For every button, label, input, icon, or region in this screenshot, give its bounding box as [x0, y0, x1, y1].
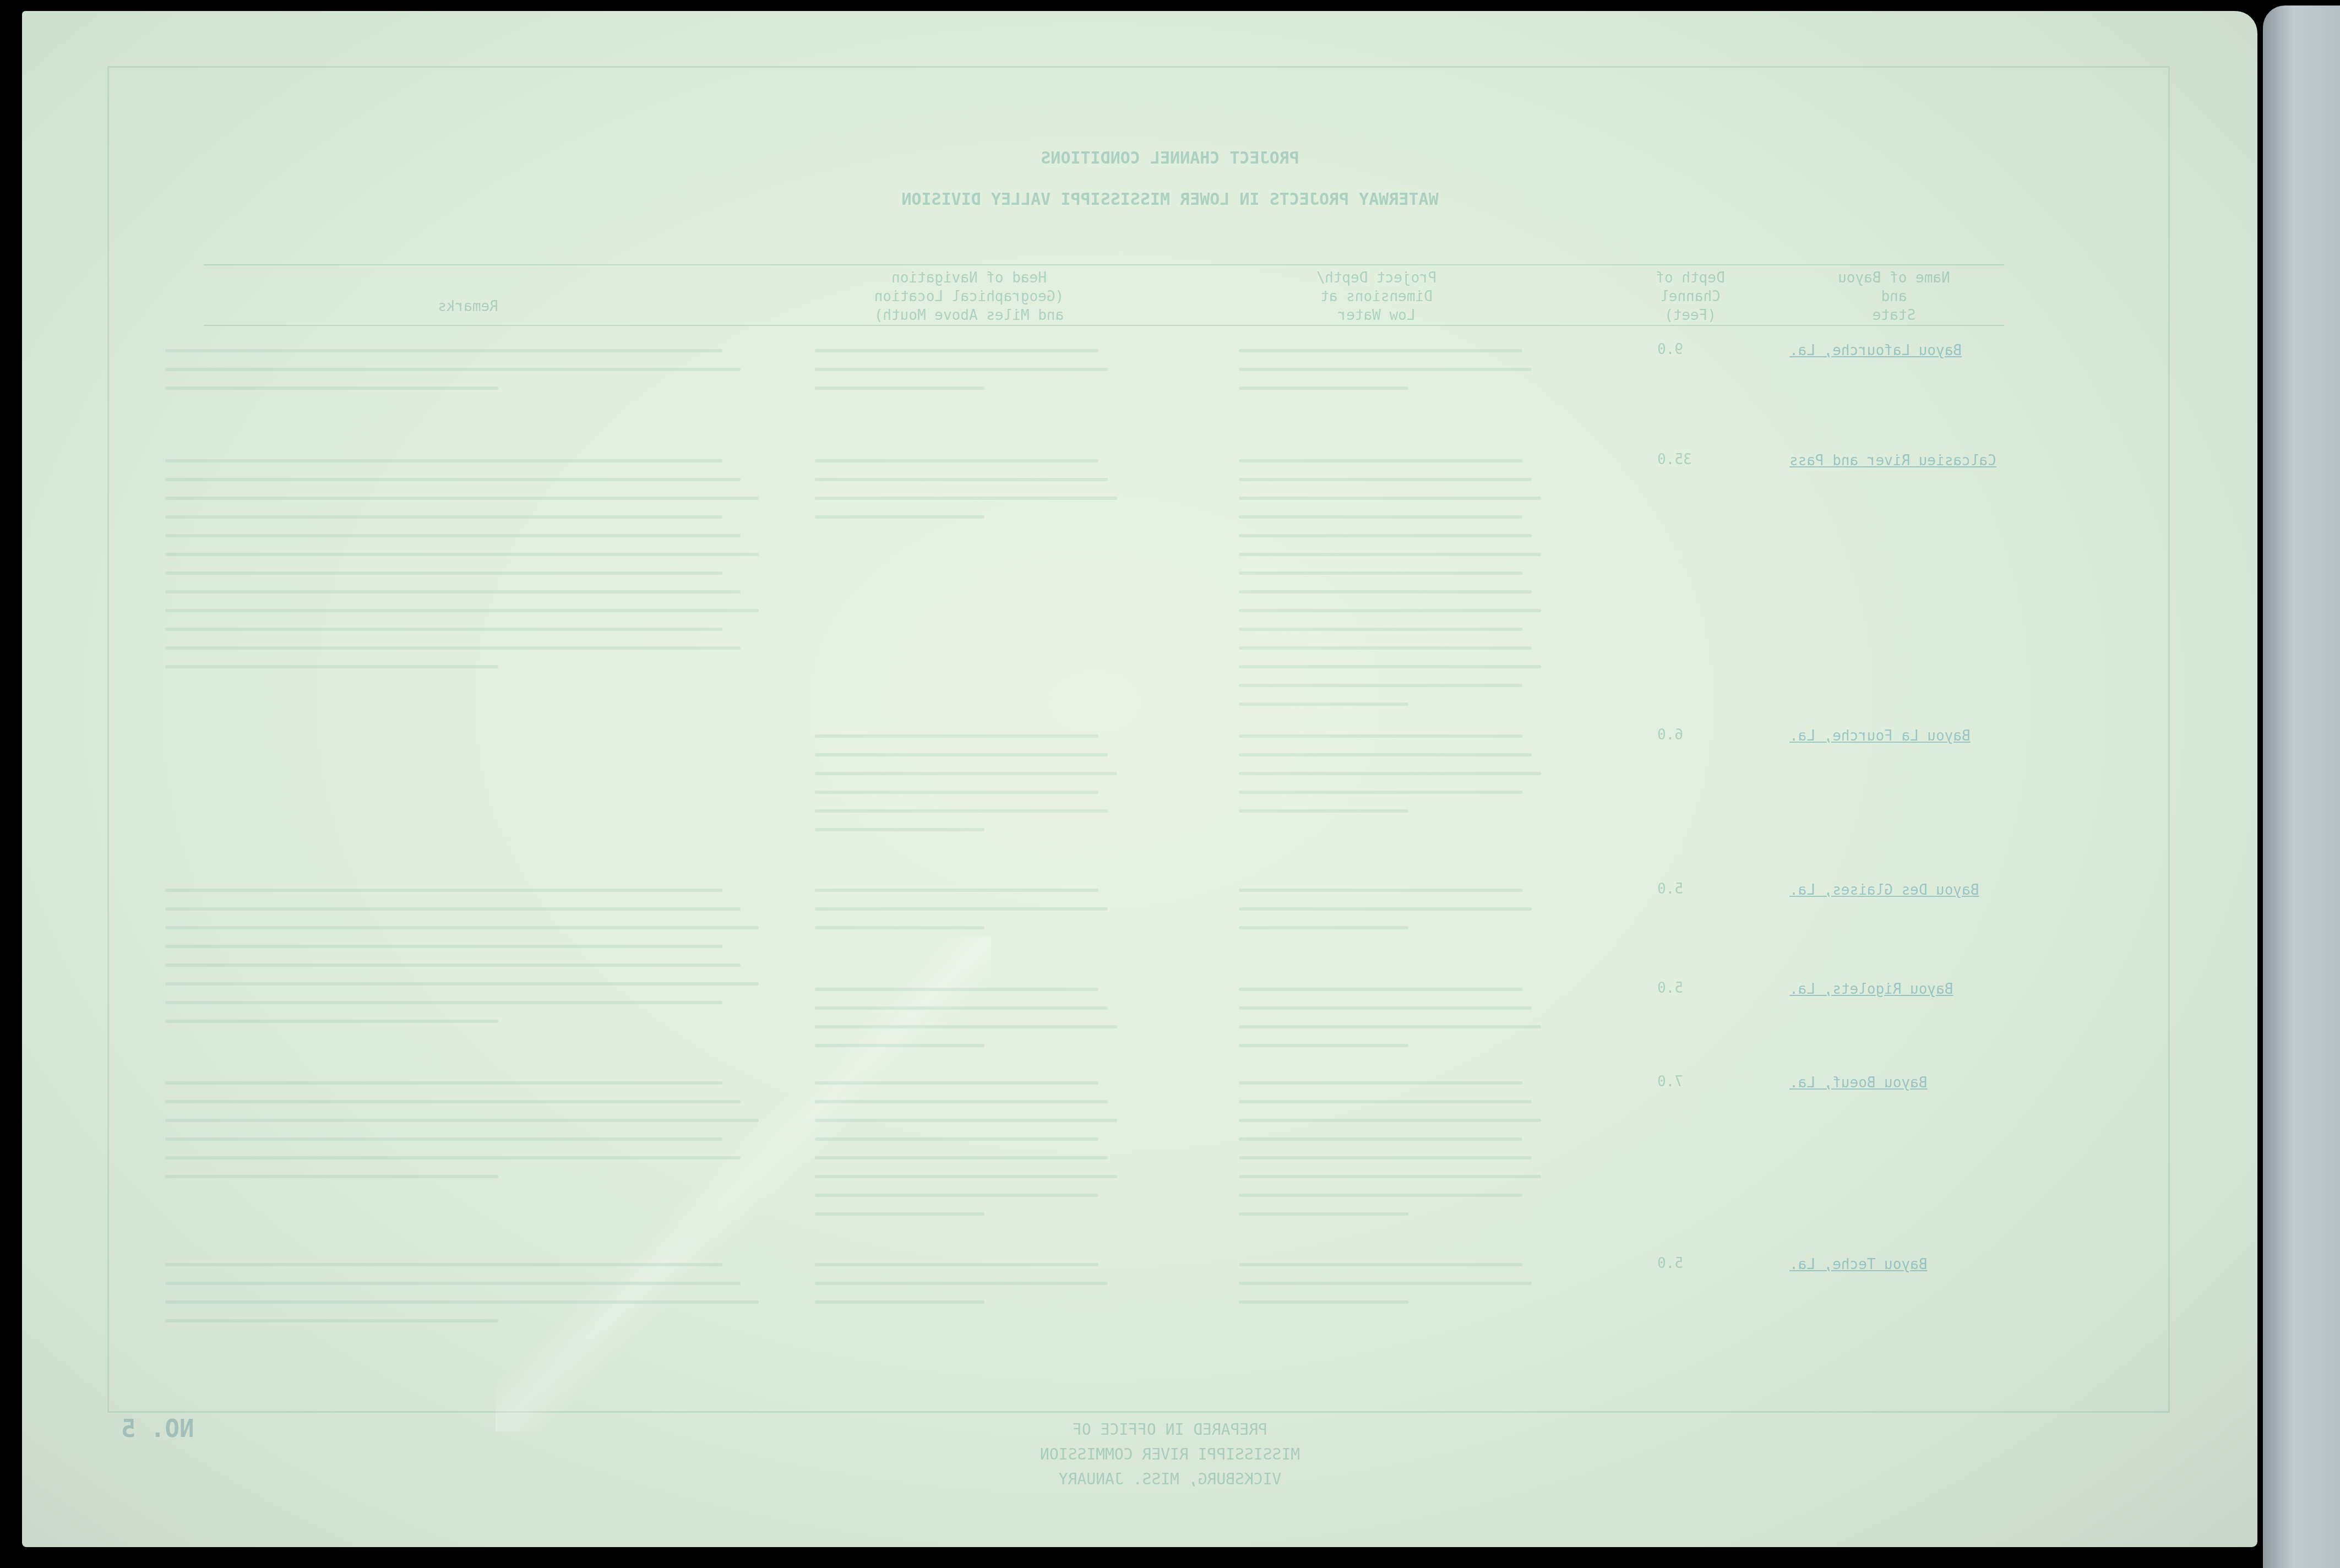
row-name: Calcasieu River and Pass: [1789, 451, 1999, 470]
row-remarks-text: [165, 1263, 771, 1338]
row-name: Bayou La Fourche, La.: [1789, 727, 1999, 745]
row-depth: 7.0: [1657, 1074, 1683, 1090]
page-number: NO. 5: [121, 1415, 194, 1443]
row-dimensions-text: [1239, 349, 1547, 405]
col-header-head-of-navigation: Head of Navigation (Geographical Locatio…: [815, 269, 1123, 325]
row-name: Bayou Boeuf, La.: [1789, 1074, 1999, 1092]
col-header-depth: Depth of Channel (Feet): [1630, 269, 1751, 325]
row-dimensions-text: [1239, 734, 1547, 828]
header-top-rule: [204, 264, 2004, 265]
row-remarks-text: [165, 1081, 771, 1194]
row-depth: 35.0: [1657, 451, 1692, 468]
col-header-dimensions: Project Depth/ Dimensions at Low Water: [1239, 269, 1514, 325]
row-head-of-navigation-text: [815, 459, 1123, 534]
row-head-of-navigation-text: [815, 988, 1123, 1063]
row-remarks-text: [165, 889, 771, 1038]
row-depth: 5.0: [1657, 1255, 1683, 1272]
footer-line-2: MISSISSIPPI RIVER COMMISSION: [0, 1445, 2340, 1463]
row-head-of-navigation-text: [815, 889, 1123, 945]
row-remarks-text: [165, 459, 771, 684]
next-page-edge: [2263, 6, 2340, 1568]
row-head-of-navigation-text: [815, 1263, 1123, 1319]
footer-line-3: VICKSBURG, MISS. JANUARY: [0, 1470, 2340, 1488]
document-title: PROJECT CHANNEL CONDITIONS: [0, 149, 2340, 168]
header-bottom-rule: [204, 325, 2004, 326]
row-depth: 5.0: [1657, 980, 1683, 997]
row-head-of-navigation-text: [815, 349, 1123, 405]
row-name: Bayou Des Glaises, La.: [1789, 881, 1999, 900]
row-dimensions-text: [1239, 1263, 1547, 1319]
col-header-remarks: Remarks: [165, 297, 771, 316]
footer-line-1: PREPARED IN OFFICE OF: [0, 1420, 2340, 1439]
row-name: Bayou Lafourche, La.: [1789, 341, 1999, 360]
row-remarks-text: [165, 349, 771, 405]
row-dimensions-text: [1239, 889, 1547, 945]
row-head-of-navigation-text: [815, 1081, 1123, 1231]
row-depth: 9.0: [1657, 341, 1683, 358]
row-dimensions-text: [1239, 1081, 1547, 1231]
col-header-name: Name of Bayou and State: [1789, 269, 1999, 325]
row-dimensions-text: [1239, 988, 1547, 1063]
document-subtitle: WATERWAY PROJECTS IN LOWER MISSISSIPPI V…: [0, 190, 2340, 209]
row-dimensions-text: [1239, 459, 1547, 721]
row-name: Bayou Teche, La.: [1789, 1255, 1999, 1274]
row-depth: 6.0: [1657, 727, 1683, 743]
row-name: Bayou Rigolets, La.: [1789, 980, 1999, 999]
row-head-of-navigation-text: [815, 734, 1123, 847]
row-depth: 5.0: [1657, 881, 1683, 897]
